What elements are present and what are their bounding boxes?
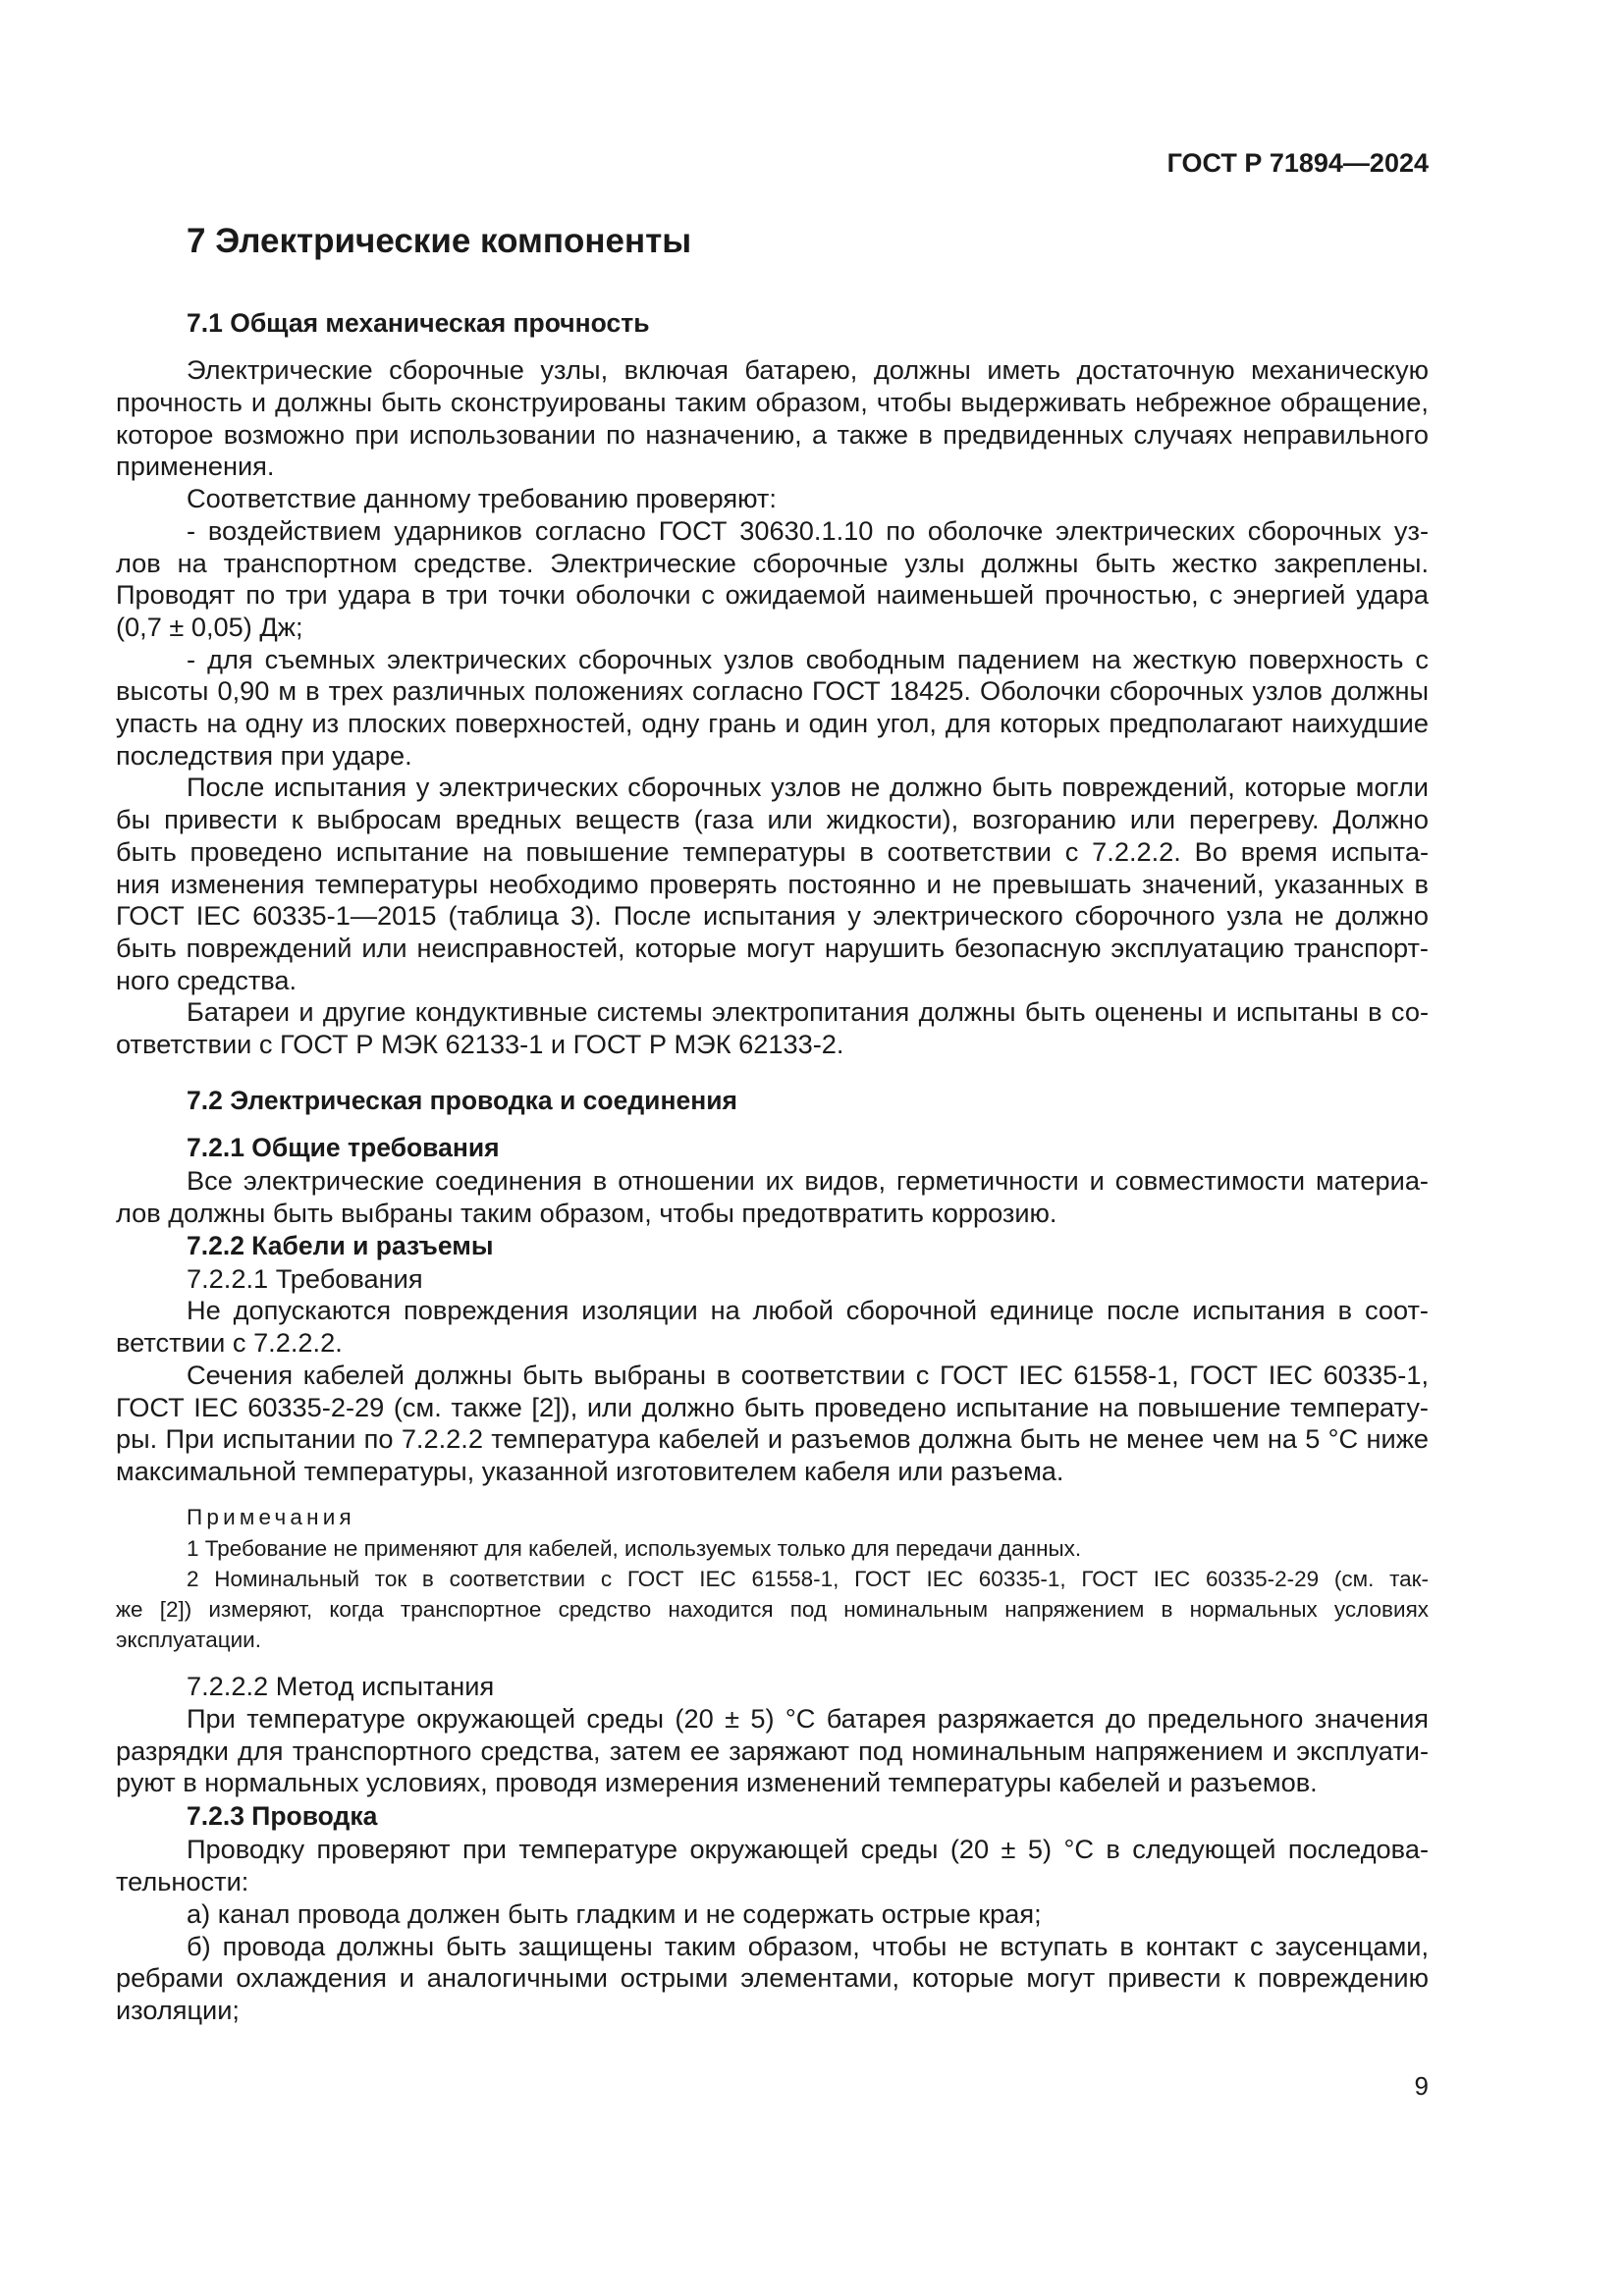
note-line: 1 Требование не применяют для кабелей, и…: [187, 1538, 1081, 1561]
paragraph-line: Батареи и другие кондуктивные системы эл…: [187, 998, 1429, 1025]
paragraph-line: бы привести к выбросам вредных веществ (…: [116, 806, 1429, 832]
note-line: эксплуатации.: [116, 1629, 261, 1652]
paragraph-line: Не допускаются повреждения изоляции на л…: [187, 1297, 1429, 1323]
paragraph-line: ГОСТ IEC 60335-2-29 (см. также [2]), или…: [116, 1394, 1429, 1420]
paragraph-line: прочность и должны быть сконструированы …: [116, 389, 1429, 415]
section-heading: 7 Электрические компоненты: [187, 224, 691, 258]
note-line: 2 Номинальный ток в соответствии с ГОСТ …: [187, 1569, 1429, 1591]
paragraph-line: ГОСТ IEC 60335-1—2015 (таблица 3). После…: [116, 902, 1429, 929]
paragraph-line: Сечения кабелей должны быть выбраны в со…: [187, 1362, 1429, 1388]
section-heading: 7.2.2.2 Метод испытания: [187, 1673, 494, 1699]
paragraph-line: Проводят по три удара в три точки оболоч…: [116, 581, 1429, 608]
paragraph-line: ния изменения температуры необходимо про…: [116, 871, 1429, 897]
paragraph-line: ветствии с 7.2.2.2.: [116, 1329, 343, 1356]
paragraph-line: ответствии с ГОСТ Р МЭК 62133-1 и ГОСТ Р…: [116, 1031, 843, 1057]
paragraph-line: (0,7 ± 0,05) Дж;: [116, 614, 303, 640]
paragraph-line: Все электрические соединения в отношении…: [187, 1167, 1429, 1194]
paragraph-line: - воздействием ударников согласно ГОСТ 3…: [187, 517, 1429, 544]
paragraph-line: ребрами охлаждения и аналогичными острым…: [116, 1964, 1429, 1991]
section-heading: 7.2 Электрическая проводка и соединения: [187, 1088, 737, 1114]
paragraph-line: При температуре окружающей среды (20 ± 5…: [187, 1705, 1429, 1732]
paragraph-line: ного средства.: [116, 967, 297, 993]
paragraph-line: изоляции;: [116, 1997, 240, 2023]
paragraph-line: лов должны быть выбраны таким образом, ч…: [116, 1200, 1057, 1226]
paragraph-line: - для съемных электрических сборочных уз…: [187, 646, 1429, 672]
page-number: 9: [1415, 2073, 1429, 2099]
paragraph-line: максимальной температуры, указанной изго…: [116, 1458, 1063, 1484]
paragraph-line: Проводку проверяют при температуре окруж…: [187, 1836, 1429, 1862]
paragraph-line: упасть на одну из плоских поверхностей, …: [116, 710, 1429, 736]
paragraph-line: тельности:: [116, 1868, 248, 1895]
section-heading: 7.2.2 Кабели и разъемы: [187, 1233, 494, 1259]
paragraph-line: б) провода должны быть защищены таким об…: [187, 1933, 1429, 1959]
paragraph-line: последствия при ударе.: [116, 742, 412, 769]
paragraph-line: применения.: [116, 453, 274, 479]
paragraph-line: которое возможно при использовании по на…: [116, 421, 1429, 448]
document-page: ГОСТ Р 71894—2024 7 Электрические компон…: [0, 0, 1624, 2296]
paragraph-line: высоты 0,90 м в трех различных положения…: [116, 677, 1429, 704]
paragraph-line: а) канал провода должен быть гладким и н…: [187, 1900, 1042, 1927]
paragraph-line: ры. При испытании по 7.2.2.2 температура…: [116, 1425, 1429, 1452]
note-line: же [2]) измеряют, когда транспортное сре…: [116, 1599, 1429, 1622]
document-designation: ГОСТ Р 71894—2024: [1167, 150, 1429, 177]
paragraph-line: лов на транспортном средстве. Электричес…: [116, 550, 1429, 576]
paragraph-line: разрядки для транспортного средства, зат…: [116, 1737, 1429, 1764]
paragraph-line: быть повреждений или неисправностей, кот…: [116, 934, 1429, 961]
section-heading: 7.2.1 Общие требования: [187, 1135, 500, 1161]
section-heading: 7.2.3 Проводка: [187, 1803, 377, 1830]
paragraph-line: Электрические сборочные узлы, включая ба…: [187, 356, 1429, 383]
paragraph-line: Соответствие данному требованию проверяю…: [187, 485, 777, 511]
section-heading: 7.1 Общая механическая прочность: [187, 310, 650, 337]
notes-title: Примечания: [187, 1507, 355, 1529]
paragraph-line: руют в нормальных условиях, проводя изме…: [116, 1769, 1318, 1795]
section-heading: 7.2.2.1 Требования: [187, 1265, 423, 1292]
paragraph-line: После испытания у электрических сборочны…: [187, 774, 1429, 800]
paragraph-line: быть проведено испытание на повышение те…: [116, 838, 1429, 865]
